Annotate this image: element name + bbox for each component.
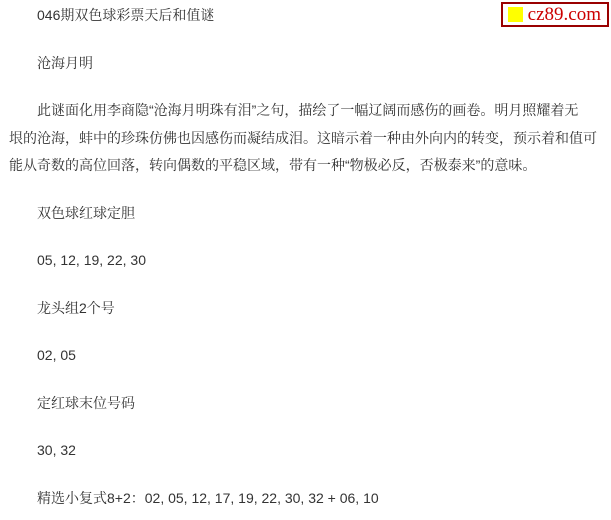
final-pick-line: 精选小复式8+2：02, 05, 12, 17, 19, 22, 30, 32 …: [9, 485, 601, 513]
analysis-paragraph: 此谜面化用李商隐“沧海月明珠有泪”之句，描绘了一幅辽阔而感伤的画卷。明月照耀着无…: [9, 97, 601, 180]
analysis-line: 能从奇数的高位回落，转向偶数的平稳区域，带有一种“物极必反，否极泰来”的意味。: [9, 152, 601, 180]
section-value-red-ball-dan: 05, 12, 19, 22, 30: [9, 247, 601, 275]
section-value-tail-numbers: 30, 32: [9, 437, 601, 465]
section-label-dragon-head: 龙头组2个号: [9, 295, 601, 323]
yellow-square-icon: [508, 7, 523, 22]
section-label-red-ball-dan: 双色球红球定胆: [9, 200, 601, 228]
article-page: cz89.com 046期双色球彩票天后和值谜 沧海月明 此谜面化用李商隐“沧海…: [0, 0, 611, 520]
section-value-dragon-head: 02, 05: [9, 342, 601, 370]
analysis-line: 此谜面化用李商隐“沧海月明珠有泪”之句，描绘了一幅辽阔而感伤的画卷。明月照耀着无: [9, 97, 601, 125]
section-label-tail-numbers: 定红球末位号码: [9, 390, 601, 418]
site-logo[interactable]: cz89.com: [501, 2, 609, 27]
analysis-line: 垠的沧海，蚌中的珍珠仿佛也因感伤而凝结成泪。这暗示着一种由外向内的转变，预示着和…: [9, 125, 601, 153]
site-logo-text: cz89.com: [528, 5, 601, 24]
riddle-name: 沧海月明: [9, 50, 601, 78]
